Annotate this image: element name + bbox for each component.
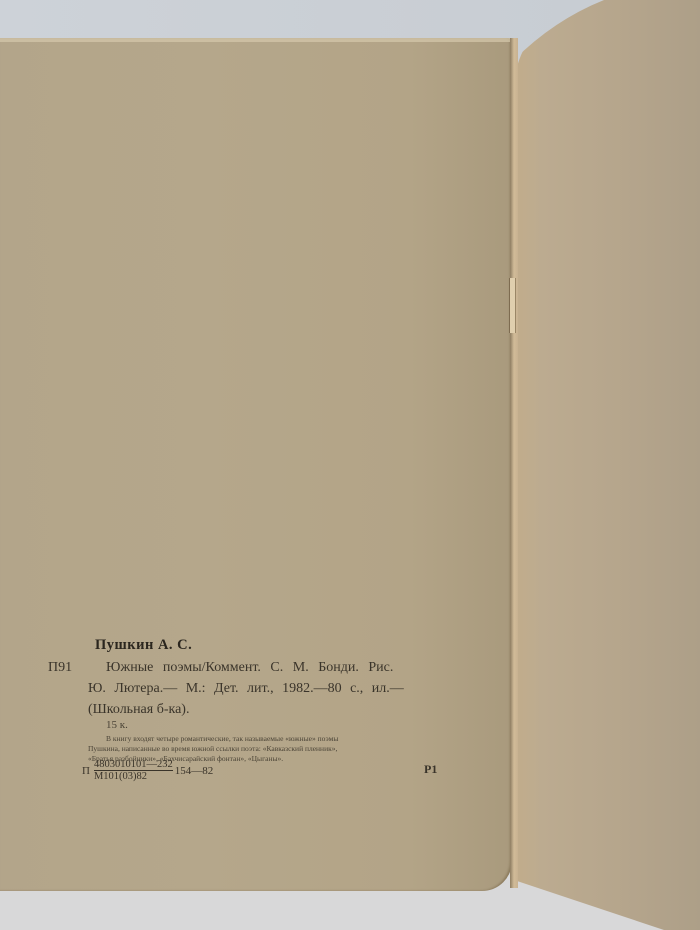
- annotation-line-1: В книгу входят четыре романтические, так…: [106, 734, 436, 744]
- bbk-fraction: 4803010101—232 М101(03)82: [94, 759, 173, 782]
- bbk-suffix: 154—82: [175, 765, 214, 777]
- catalog-code: П91: [48, 660, 72, 676]
- description-line-3: (Школьная б-ка).: [88, 702, 189, 718]
- bbk-denominator: М101(03)82: [94, 771, 173, 782]
- bbk-prefix: П: [82, 765, 90, 777]
- description-line-2: Ю. Лютера.— М.: Дет. лит., 1982.—80 с., …: [88, 681, 404, 697]
- bbk-index: П 4803010101—232 М101(03)82 154—82: [82, 759, 213, 782]
- description-line-1: Южные поэмы/Коммент. С. М. Бонди. Рис.: [106, 660, 393, 676]
- classification-code: Р1: [424, 762, 437, 777]
- bbk-numerator: 4803010101—232: [94, 759, 173, 771]
- right-facing-page: [514, 0, 700, 930]
- annotation-line-2: Пушкина, написанные во время южной ссылк…: [88, 744, 436, 754]
- book-gutter: [510, 38, 518, 888]
- staple: [509, 278, 516, 333]
- author-name: Пушкин А. С.: [95, 637, 192, 654]
- price: 15 к.: [106, 719, 128, 731]
